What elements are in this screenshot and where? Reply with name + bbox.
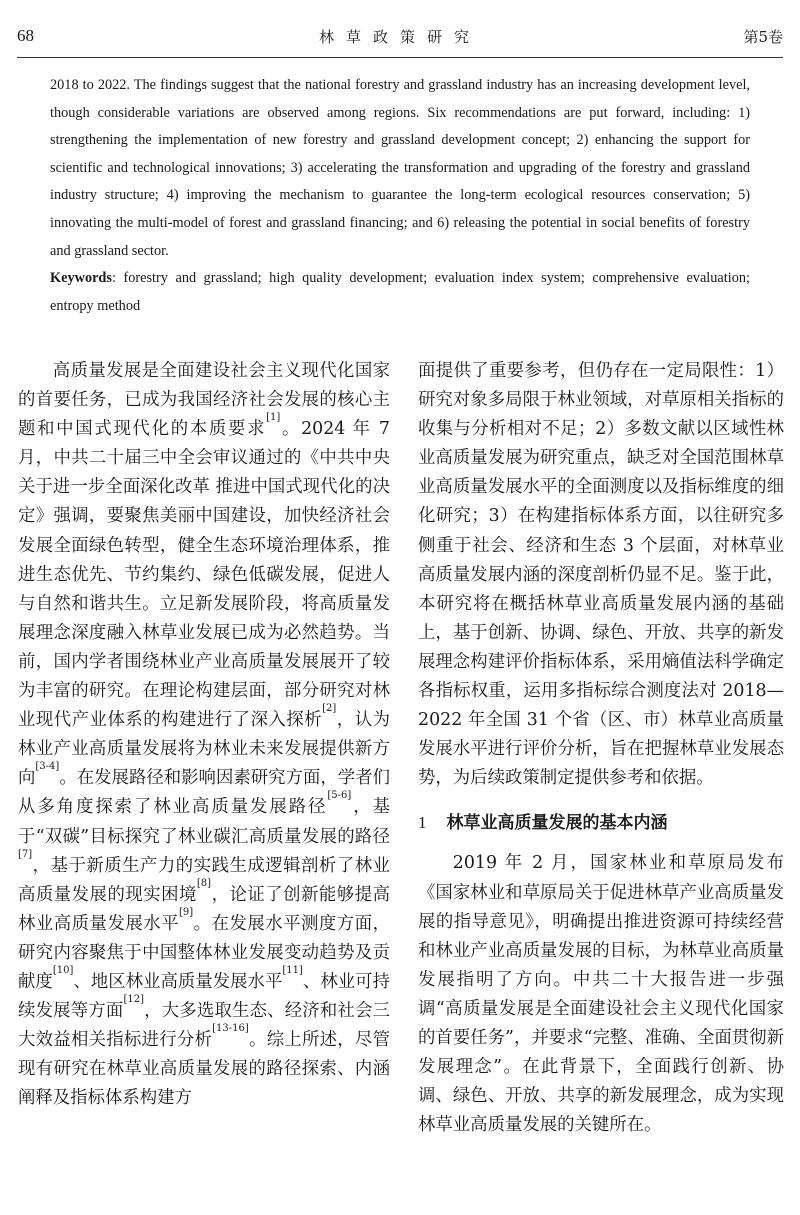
text-run: 面提供了重要参考，但仍存在一定局限性：1）研究对象多局限于林业领域，对草原相关指… xyxy=(418,361,784,788)
body-column-left: 高质量发展是全面建设社会主义现代化国家的首要任务，已成为我国经济社会发展的核心主… xyxy=(18,357,390,1113)
citation-ref[interactable]: [8] xyxy=(197,878,211,889)
keywords-label: Keywords xyxy=(50,270,112,286)
abstract-text: 2018 to 2022. The findings suggest that … xyxy=(50,72,750,265)
citation-ref[interactable]: [5-6] xyxy=(327,790,351,801)
citation-ref[interactable]: [12] xyxy=(123,994,144,1005)
citation-ref[interactable]: [11] xyxy=(282,965,303,976)
body-column-right: 面提供了重要参考，但仍存在一定局限性：1）研究对象多局限于林业领域，对草原相关指… xyxy=(418,357,784,1140)
volume-label: 第5卷 xyxy=(743,26,783,47)
section-paragraph: 2019 年 2 月，国家林业和草原局发布《国家林业和草原局关于促进林草产业高质… xyxy=(418,849,784,1140)
page-header: 68 林草政策研究 第5卷 xyxy=(17,22,783,58)
section-heading: 1林草业高质量发展的基本内涵 xyxy=(418,811,784,835)
citation-ref[interactable]: [9] xyxy=(179,907,193,918)
intro-paragraph: 高质量发展是全面建设社会主义现代化国家的首要任务，已成为我国经济社会发展的核心主… xyxy=(18,357,390,1113)
section-title: 林草业高质量发展的基本内涵 xyxy=(447,813,668,833)
citation-ref[interactable]: [10] xyxy=(53,965,74,976)
text-run: 、地区林业高质量发展水平 xyxy=(73,972,282,992)
intro-paragraph-continued: 面提供了重要参考，但仍存在一定局限性：1）研究对象多局限于林业领域，对草原相关指… xyxy=(418,357,784,793)
citation-ref[interactable]: [1] xyxy=(266,412,280,423)
section-number: 1 xyxy=(418,813,427,832)
journal-title: 林草政策研究 xyxy=(17,26,783,47)
citation-ref[interactable]: [2] xyxy=(322,703,336,714)
keywords-line: Keywords: forestry and grassland; high q… xyxy=(50,265,750,320)
keywords-text: : forestry and grassland; high quality d… xyxy=(50,270,750,314)
text-run: 。2024 年 7 月，中共二十届三中全会审议通过的《中共中央关于进一步全面深化… xyxy=(18,419,390,730)
citation-ref[interactable]: [7] xyxy=(18,849,32,860)
citation-ref[interactable]: [13-16] xyxy=(212,1023,249,1034)
english-abstract: 2018 to 2022. The findings suggest that … xyxy=(50,72,750,320)
citation-ref[interactable]: [3-4] xyxy=(35,761,59,772)
